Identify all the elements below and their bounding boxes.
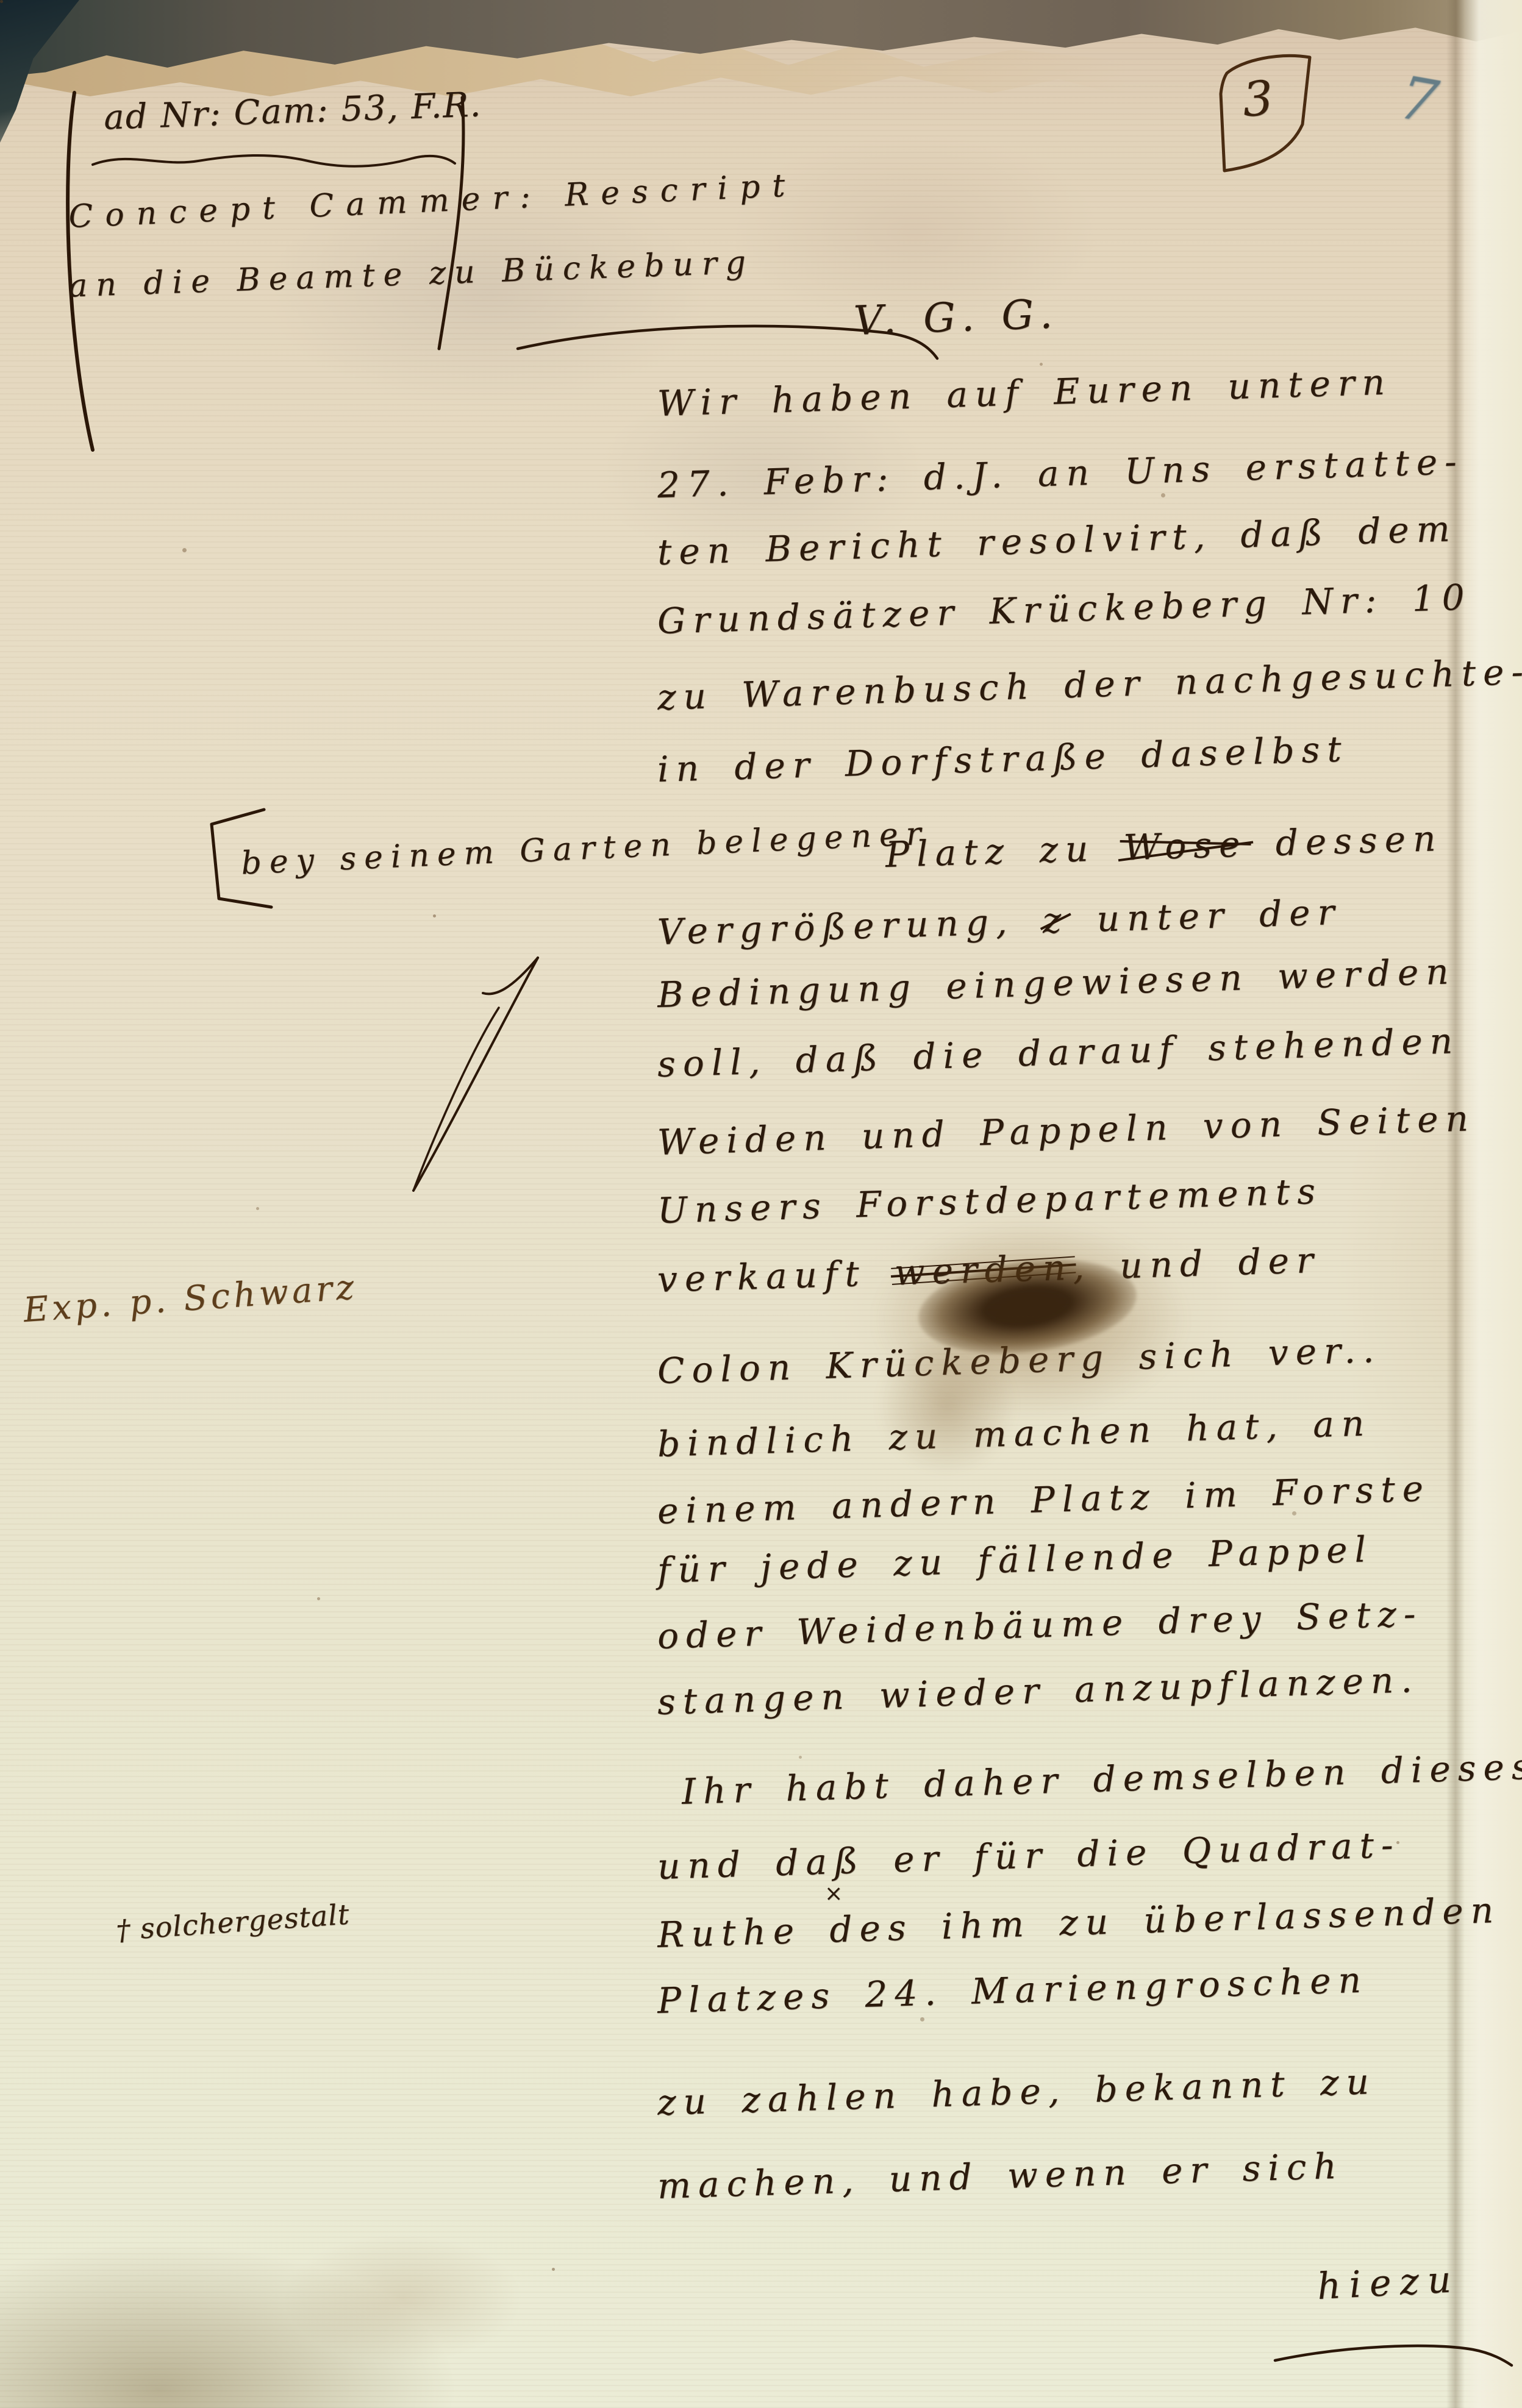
body-line: Wir haben auf Euren untern — [657, 361, 1393, 424]
catchword: hiezu — [1316, 2258, 1460, 2308]
pencil-folio-number: 7 — [1395, 63, 1443, 137]
body-line: Vergrößerung, z unter der — [657, 891, 1342, 953]
clerk-expedit-note: Exp. p. Schwarz — [22, 1267, 359, 1330]
margin-insertion-text: bey seinem Garten belegener — [240, 815, 929, 882]
body-line: in der Dorfstraße daselbst — [657, 728, 1349, 790]
struck-word: Wose — [1123, 823, 1248, 868]
catchword-underline — [1271, 2335, 1515, 2367]
heading-place: Bückeburg — [501, 244, 755, 289]
dagger-insertion-icon: † — [115, 1913, 132, 1947]
body-line: für jede zu fällende Pappel — [657, 1528, 1374, 1591]
body-line: soll, daß die darauf stehenden — [657, 1020, 1460, 1085]
line-text: unter der — [1068, 891, 1342, 941]
registry-closing-bracket-stroke — [437, 96, 473, 352]
body-line: einem andern Platz im Forste — [657, 1467, 1431, 1532]
body-line: zu zahlen habe, bekannt zu — [657, 2061, 1377, 2123]
body-line: Ihr habt daher demselben dieses — [681, 1745, 1522, 1812]
body-line: 27. Febr: d.J. an Uns erstatte- — [657, 441, 1465, 506]
body-line: und daß er für die Quadrat- — [657, 1824, 1401, 1887]
page-crease-shadow — [1446, 0, 1465, 2408]
folio-box-number: 3 — [1241, 71, 1275, 127]
ink-blot-tail — [877, 1335, 1017, 1475]
body-line: Ruthe des ihm zu überlassenden — [657, 1889, 1501, 1956]
body-line: Bedingung eingewiesen werden — [657, 950, 1456, 1016]
line-text: verkauft — [657, 1252, 895, 1300]
doc-heading-line2: an die Beamte zu Bückeburg — [68, 244, 755, 304]
margin-note-solchergestalt: † solchergestalt — [115, 1898, 351, 1947]
registry-wavy-underline — [91, 144, 457, 174]
struck-letter: z — [1042, 899, 1070, 941]
line-text: Platz zu — [885, 827, 1124, 875]
body-line: Weiden und Pappeln von Seiten — [657, 1097, 1476, 1163]
body-line: oder Weidenbäume drey Setz- — [657, 1593, 1423, 1657]
body-line: stangen wieder anzupflanzen. — [657, 1659, 1420, 1723]
body-line: machen, und wenn er sich — [657, 2145, 1345, 2207]
body-line: Platzes 24. Mariengroschen — [657, 1959, 1369, 2022]
underlying-sheet-edge — [1456, 0, 1522, 2408]
doc-heading-line1: Concept Cammer: Rescript — [68, 167, 798, 235]
insertion-x-mark: × — [824, 1881, 843, 1906]
body-line: Grundsätzer Krückeberg Nr: 10 — [657, 576, 1472, 642]
body-line: zu Warenbusch der nachgesuchte- — [657, 651, 1522, 718]
manuscript-page: ad Nr: Cam: 53, F.R. 3 7 Concept Cammer:… — [0, 0, 1522, 2408]
invocation: V. G. G. — [853, 290, 1060, 344]
body-line: Platz zu Wose dessen — [885, 818, 1443, 875]
line-text: dessen — [1246, 818, 1443, 864]
body-line: ten Bericht resolvirt, daß dem — [657, 508, 1458, 573]
line-text: Vergrößerung, — [657, 900, 1043, 953]
margin-note-text: solchergestalt — [139, 1898, 351, 1945]
registry-note: ad Nr: Cam: 53, F.R. — [103, 85, 482, 138]
insertion-caret-mark — [378, 954, 549, 1198]
paper-specks — [0, 0, 3, 3]
